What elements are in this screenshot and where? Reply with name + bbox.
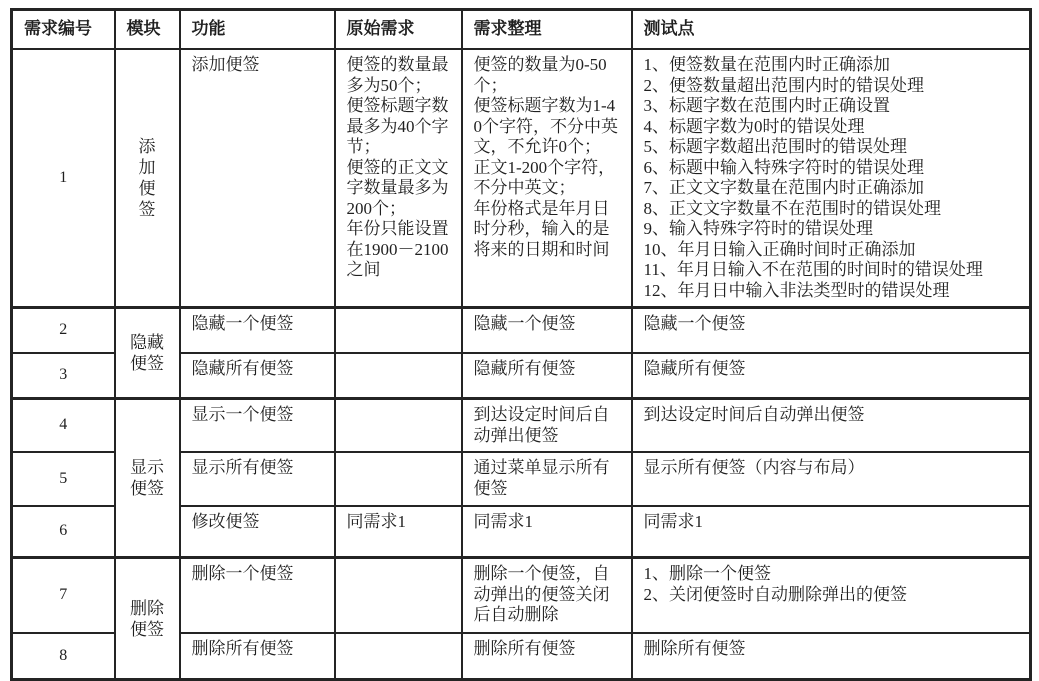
req-analysis-cell: 通过菜单显示所有便签: [462, 452, 632, 506]
req-no-cell: 5: [12, 452, 115, 506]
header-row: 需求编号 模块 功能 原始需求 需求整理 测试点: [12, 10, 1031, 50]
req-analysis-cell: 隐藏一个便签: [462, 308, 632, 354]
test-points-cell: 1、删除一个便签 2、关闭便签时自动删除弹出的便签: [632, 558, 1031, 634]
original-req-cell: 同需求1: [335, 506, 462, 558]
table-row: 2 隐藏 便签 隐藏一个便签 隐藏一个便签 隐藏一个便签: [12, 308, 1031, 354]
req-no-cell: 6: [12, 506, 115, 558]
req-analysis-cell: 到达设定时间后自动弹出便签: [462, 399, 632, 453]
original-req-cell: [335, 452, 462, 506]
table-row: 1 添 加 便 签 添加便签 便签的数量最多为50个； 便签标题字数最多为40个…: [12, 49, 1031, 308]
module-cell: 隐藏 便签: [115, 308, 180, 399]
req-no-cell: 1: [12, 49, 115, 308]
header-module: 模块: [115, 10, 180, 50]
req-no-cell: 2: [12, 308, 115, 354]
req-analysis-cell: 删除一个便签，自动弹出的便签关闭后自动删除: [462, 558, 632, 634]
req-no-cell: 8: [12, 633, 115, 674]
function-cell: 显示所有便签: [180, 452, 335, 506]
req-analysis-cell: 同需求1: [462, 506, 632, 558]
req-analysis-cell: 便签的数量为0-50个； 便签标题字数为1-40个字符，不分中英文，不允许0个；…: [462, 49, 632, 308]
test-points-cell: 1、便签数量在范围内时正确添加 2、便签数量超出范围内时的错误处理 3、标题字数…: [632, 49, 1031, 308]
module-cell: 删除 便签: [115, 558, 180, 675]
scanned-document-page: 需求编号 模块 功能 原始需求 需求整理 测试点 1 添 加 便 签 添加便签 …: [10, 8, 1032, 674]
module-cell: 显示 便签: [115, 399, 180, 558]
function-cell: 添加便签: [180, 49, 335, 308]
original-req-cell: [335, 399, 462, 453]
test-points-cell: 隐藏一个便签: [632, 308, 1031, 354]
header-test-points: 测试点: [632, 10, 1031, 50]
original-req-cell: [335, 308, 462, 354]
original-req-cell: 便签的数量最多为50个； 便签标题字数最多为40个字节； 便签的正文文字数量最多…: [335, 49, 462, 308]
req-analysis-cell: 删除所有便签: [462, 633, 632, 674]
function-cell: 隐藏一个便签: [180, 308, 335, 354]
original-req-cell: [335, 353, 462, 399]
requirements-test-table: 需求编号 模块 功能 原始需求 需求整理 测试点 1 添 加 便 签 添加便签 …: [10, 8, 1032, 674]
original-req-cell: [335, 558, 462, 634]
test-points-cell: 同需求1: [632, 506, 1031, 558]
test-points-cell: 显示所有便签（内容与布局）: [632, 452, 1031, 506]
original-req-cell: [335, 633, 462, 674]
header-req-analysis: 需求整理: [462, 10, 632, 50]
req-no-cell: 4: [12, 399, 115, 453]
function-cell: 显示一个便签: [180, 399, 335, 453]
function-cell: 删除所有便签: [180, 633, 335, 674]
header-req-no: 需求编号: [12, 10, 115, 50]
function-cell: 隐藏所有便签: [180, 353, 335, 399]
req-analysis-cell: 隐藏所有便签: [462, 353, 632, 399]
function-cell: 删除一个便签: [180, 558, 335, 634]
test-points-cell: 到达设定时间后自动弹出便签: [632, 399, 1031, 453]
table-row: 4 显示 便签 显示一个便签 到达设定时间后自动弹出便签 到达设定时间后自动弹出…: [12, 399, 1031, 453]
test-points-cell: 隐藏所有便签: [632, 353, 1031, 399]
function-cell: 修改便签: [180, 506, 335, 558]
table-row: 7 删除 便签 删除一个便签 删除一个便签，自动弹出的便签关闭后自动删除 1、删…: [12, 558, 1031, 634]
header-original-req: 原始需求: [335, 10, 462, 50]
req-no-cell: 3: [12, 353, 115, 399]
module-cell: 添 加 便 签: [115, 49, 180, 308]
req-no-cell: 7: [12, 558, 115, 634]
header-function: 功能: [180, 10, 335, 50]
test-points-cell: 删除所有便签: [632, 633, 1031, 674]
